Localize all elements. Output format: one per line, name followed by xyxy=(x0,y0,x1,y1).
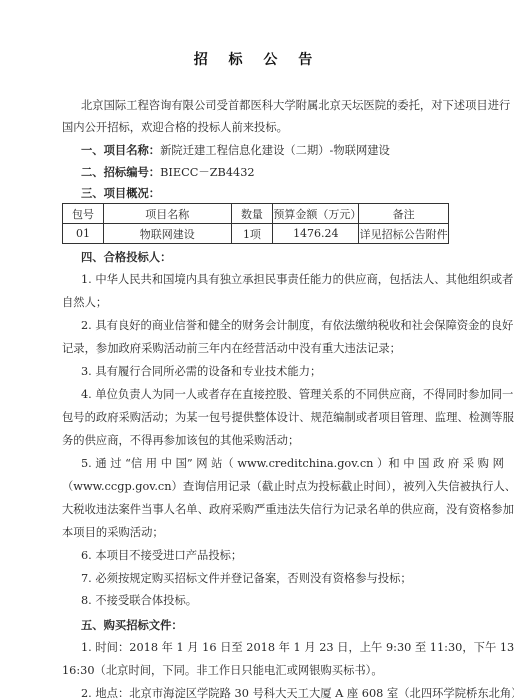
requirement-8: 8. 不接受联合体投标。 xyxy=(81,594,197,608)
table-row: 01 物联网建设 1项 1476.24 详见招标公告附件 xyxy=(63,224,449,244)
table-header: 项目名称 xyxy=(103,204,231,224)
purchase-time-cont: 16:30（北京时间，下同。非工作日只能电汇或网银购买标书）。 xyxy=(62,664,383,678)
table-cell: 1项 xyxy=(231,224,273,244)
requirement-3: 3. 具有履行合同所必需的设备和专业技术能力； xyxy=(81,365,321,379)
project-table: 包号 项目名称 数量 预算金额（万元） 备注 01 物联网建设 1项 1476.… xyxy=(62,203,449,244)
table-cell: 物联网建设 xyxy=(103,224,231,244)
requirement-4: 4. 单位负责人为同一人或者存在直接控股、管理关系的不同供应商，不得同时参加同一 xyxy=(81,388,513,402)
table-cell: 详见招标公告附件 xyxy=(359,224,449,244)
purchase-time: 1. 时间：2018 年 1 月 16 日至 2018 年 1 月 23 日，上… xyxy=(81,641,514,655)
purchase-location: 2. 地点：北京市海淀区学院路 30 号科大天工大厦 A 座 608 室（北四环… xyxy=(81,687,514,700)
requirement-5-cont3: 本项目的采购活动； xyxy=(62,526,164,540)
requirement-1: 1. 中华人民共和国境内具有独立承担民事责任能力的供应商，包括法人、其他组织或者 xyxy=(81,273,513,287)
requirement-4-cont2: 务的供应商，不得再参加该包的其他采购活动； xyxy=(62,434,299,448)
intro-line-2: 国内公开招标，欢迎合格的投标人前来投标。 xyxy=(62,121,288,135)
table-header: 备注 xyxy=(359,204,449,224)
requirement-1-cont: 自然人； xyxy=(62,296,107,310)
section-label: 二、招标编号： xyxy=(81,165,160,179)
section-value: 新院迁建工程信息化建设（二期）-物联网建设 xyxy=(160,144,390,157)
requirement-6: 6. 本项目不接受进口产品投标； xyxy=(81,549,242,563)
table-header-row: 包号 项目名称 数量 预算金额（万元） 备注 xyxy=(63,204,449,224)
requirement-4-cont: 包号的政府采购活动；为某一包号提供整体设计、规范编制或者项目管理、监理、检测等服 xyxy=(62,411,514,425)
section-value: BIECC－ZB4432 xyxy=(160,166,255,179)
table-header: 包号 xyxy=(63,204,104,224)
document-title: 招 标 公 告 xyxy=(0,49,514,69)
requirement-2-cont: 记录，参加政府采购活动前三年内在经营活动中没有重大违法记录； xyxy=(62,342,401,356)
requirement-5: 5. 通 过 “信 用 中 国” 网 站（ www.creditchina.go… xyxy=(81,457,504,471)
requirement-5-cont2: 大税收违法案件当事人名单、政府采购严重违法失信行为记录名单的供应商，没有资格参加 xyxy=(62,503,514,517)
section-project-name: 一、项目名称：新院迁建工程信息化建设（二期）-物联网建设 xyxy=(81,143,390,158)
section-qualified-bidders: 四、合格投标人： xyxy=(81,250,171,264)
section-project-overview: 三、项目概况： xyxy=(81,186,160,200)
section-purchase-docs: 五、购买招标文件： xyxy=(81,618,183,632)
requirement-7: 7. 必须按规定购买招标文件并登记备案，否则没有资格参与投标； xyxy=(81,572,412,586)
section-label: 一、项目名称： xyxy=(81,143,160,157)
intro-line-1: 北京国际工程咨询有限公司受首都医科大学附属北京天坛医院的委托，对下述项目进行 xyxy=(81,99,510,113)
table-cell: 1476.24 xyxy=(273,224,359,244)
section-tender-number: 二、招标编号：BIECC－ZB4432 xyxy=(81,165,255,180)
table-cell: 01 xyxy=(63,224,104,244)
requirement-5-cont: （www.ccgp.gov.cn）查询信用记录（截止时点为投标截止时间），被列入… xyxy=(62,480,514,494)
table-header: 数量 xyxy=(231,204,273,224)
table-header: 预算金额（万元） xyxy=(273,204,359,224)
requirement-2: 2. 具有良好的商业信誉和健全的财务会计制度，有依法缴纳税收和社会保障资金的良好 xyxy=(81,319,513,333)
